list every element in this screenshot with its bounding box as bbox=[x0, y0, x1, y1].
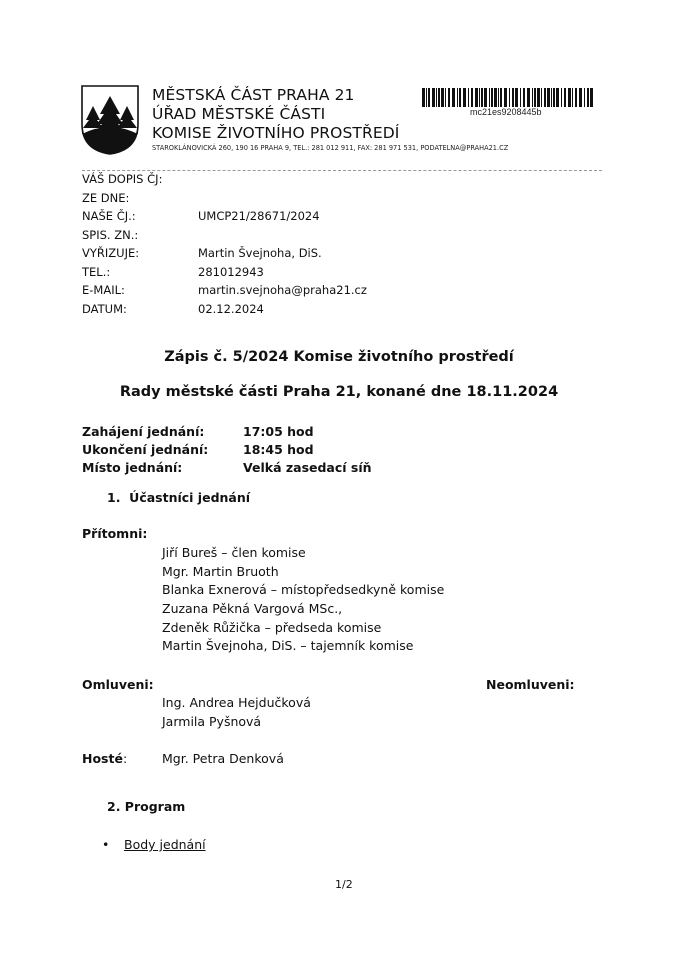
reference-label: VYŘIZUJE: bbox=[82, 246, 198, 265]
attendee: Zdeněk Růžička – předseda komise bbox=[162, 620, 444, 639]
reference-label: ZE DNE: bbox=[82, 191, 198, 210]
guests-colon: : bbox=[123, 751, 127, 766]
reference-value: 281012943 bbox=[198, 265, 264, 284]
barcode-text: mc21es9208445b bbox=[470, 107, 542, 117]
attendee: Jiří Bureš – člen komise bbox=[162, 545, 444, 564]
reference-label: TEL.: bbox=[82, 265, 198, 284]
letterhead-line-2: ÚŘAD MĚSTSKÉ ČÁSTI bbox=[152, 105, 325, 123]
attendee: Martin Švejnoha, DiS. – tajemník komise bbox=[162, 638, 444, 657]
reference-row: SPIS. ZN.: bbox=[82, 228, 367, 247]
program-item: • bbox=[102, 837, 109, 852]
present-list: Jiří Bureš – člen komiseMgr. Martin Bruo… bbox=[162, 545, 444, 657]
page-number: 1/2 bbox=[335, 878, 353, 891]
document-title-line-2: Rady městské části Praha 21, konané dne … bbox=[0, 384, 678, 400]
document-title-line-1: Zápis č. 5/2024 Komise životního prostře… bbox=[0, 349, 678, 365]
guests-value: Mgr. Petra Denková bbox=[162, 751, 284, 766]
session-label: Místo jednání: bbox=[82, 460, 243, 478]
session-row: Zahájení jednání:17:05 hod bbox=[82, 424, 372, 442]
reference-row: VYŘIZUJE:Martin Švejnoha, DiS. bbox=[82, 246, 367, 265]
section-1-heading: 1. Účastníci jednání bbox=[107, 490, 250, 505]
reference-value[interactable]: martin.svejnoha@praha21.cz bbox=[198, 283, 367, 302]
session-label: Zahájení jednání: bbox=[82, 424, 243, 442]
reference-row: TEL.:281012943 bbox=[82, 265, 367, 284]
letterhead-line-3: KOMISE ŽIVOTNÍHO PROSTŘEDÍ bbox=[152, 124, 399, 142]
reference-row: VÁŠ DOPIS ČJ: bbox=[82, 172, 367, 191]
guests-row: Hosté: bbox=[82, 751, 127, 766]
program-item-label: Body jednání bbox=[124, 837, 206, 852]
unexcused-label: Neomluveni: bbox=[486, 677, 575, 692]
reference-label: SPIS. ZN.: bbox=[82, 228, 198, 247]
reference-label: VÁŠ DOPIS ČJ: bbox=[82, 172, 198, 191]
letterhead-address: STAROKLÁNOVICKÁ 260, 190 16 PRAHA 9, TEL… bbox=[152, 144, 508, 152]
session-value: Velká zasedací síň bbox=[243, 460, 372, 478]
header-divider bbox=[82, 170, 602, 171]
excused-person: Jarmila Pyšnová bbox=[162, 714, 311, 733]
reference-block: VÁŠ DOPIS ČJ:ZE DNE:NAŠE ČJ.:UMCP21/2867… bbox=[82, 172, 367, 320]
attendee: Mgr. Martin Bruoth bbox=[162, 564, 444, 583]
section-2-heading: 2. Program bbox=[107, 799, 185, 814]
reference-row: DATUM:02.12.2024 bbox=[82, 302, 367, 321]
section-1-title: Účastníci jednání bbox=[129, 490, 250, 505]
reference-label: NAŠE ČJ.: bbox=[82, 209, 198, 228]
reference-row: ZE DNE: bbox=[82, 191, 367, 210]
reference-value: Martin Švejnoha, DiS. bbox=[198, 246, 322, 265]
attendee: Zuzana Pěkná Vargová MSc., bbox=[162, 601, 444, 620]
session-value: 17:05 hod bbox=[243, 424, 314, 442]
reference-value: 02.12.2024 bbox=[198, 302, 264, 321]
section-1-number: 1. bbox=[107, 490, 120, 505]
session-value: 18:45 hod bbox=[243, 442, 314, 460]
reference-label: E-MAIL: bbox=[82, 283, 198, 302]
excused-label: Omluveni: bbox=[82, 677, 154, 692]
excused-person: Ing. Andrea Hejdučková bbox=[162, 695, 311, 714]
session-info: Zahájení jednání:17:05 hodUkončení jedná… bbox=[82, 424, 372, 478]
session-row: Místo jednání:Velká zasedací síň bbox=[82, 460, 372, 478]
reference-value: UMCP21/28671/2024 bbox=[198, 209, 320, 228]
coat-of-arms-icon bbox=[80, 84, 140, 156]
barcode-icon bbox=[422, 88, 594, 107]
present-label: Přítomni: bbox=[82, 526, 147, 541]
reference-row: E-MAIL:martin.svejnoha@praha21.cz bbox=[82, 283, 367, 302]
reference-row: NAŠE ČJ.:UMCP21/28671/2024 bbox=[82, 209, 367, 228]
session-row: Ukončení jednání:18:45 hod bbox=[82, 442, 372, 460]
reference-label: DATUM: bbox=[82, 302, 198, 321]
bullet-icon: • bbox=[102, 837, 109, 852]
guests-label: Hosté bbox=[82, 751, 123, 766]
excused-list: Ing. Andrea HejdučkováJarmila Pyšnová bbox=[162, 695, 311, 732]
letterhead-line-1: MĚSTSKÁ ČÁST PRAHA 21 bbox=[152, 86, 355, 104]
attendee: Blanka Exnerová – místopředsedkyně komis… bbox=[162, 582, 444, 601]
session-label: Ukončení jednání: bbox=[82, 442, 243, 460]
